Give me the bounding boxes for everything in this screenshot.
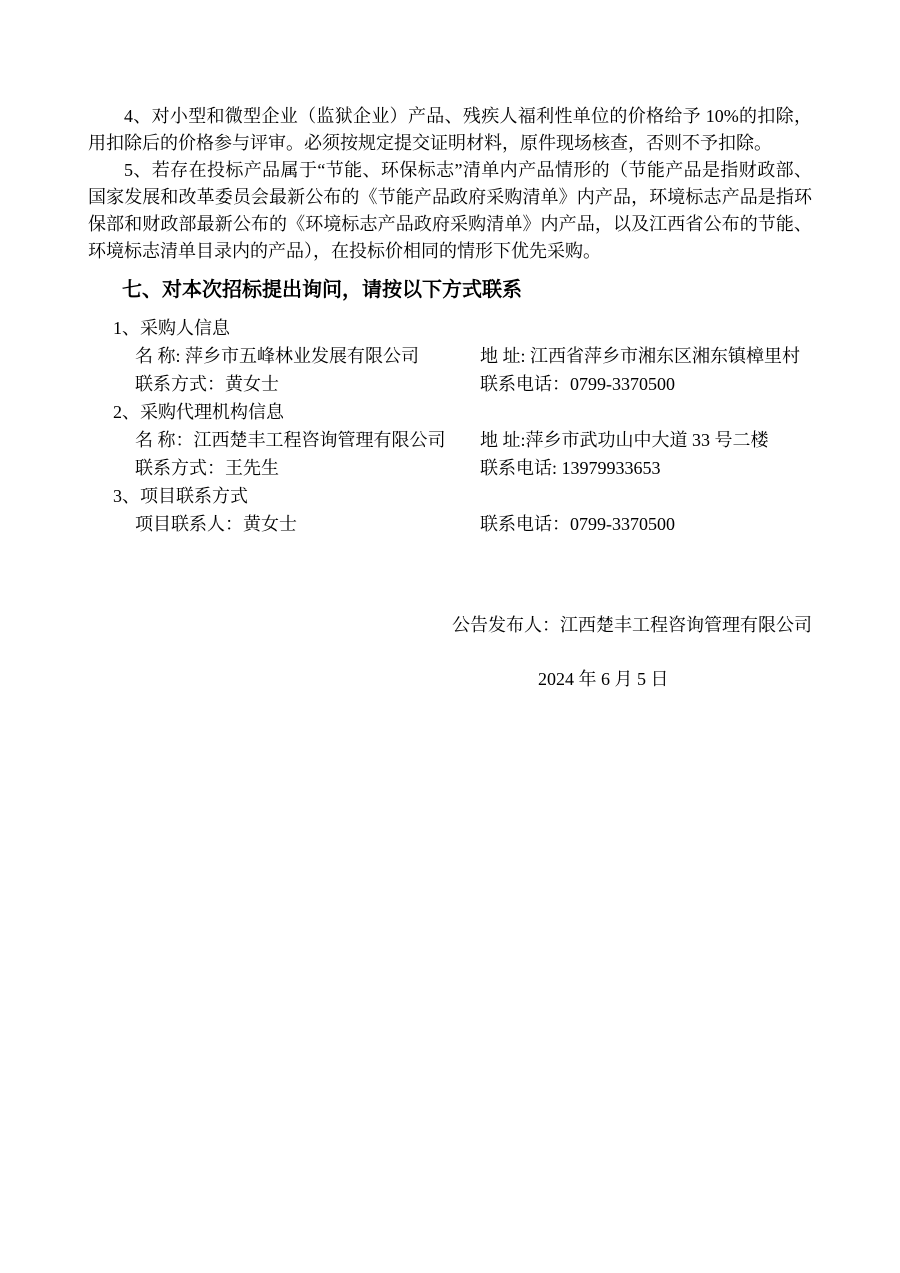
project-contact-person: 项目联系人：黄女士	[135, 510, 480, 538]
purchaser-address: 地 址: 江西省萍乡市湘东区湘东镇樟里村	[480, 342, 812, 370]
project-contact-phone: 联系电话：0799-3370500	[480, 510, 812, 538]
agency-contact-row: 联系方式：王先生 联系电话: 13979933653	[88, 454, 812, 482]
paragraph-price-deduction: 4、对小型和微型企业（监狱企业）产品、残疾人福利性单位的价格给予 10%的扣除，…	[88, 103, 812, 157]
purchaser-name-address-row: 名 称: 萍乡市五峰林业发展有限公司 地 址: 江西省萍乡市湘东区湘东镇樟里村	[88, 342, 812, 370]
purchaser-name: 名 称: 萍乡市五峰林业发展有限公司	[135, 342, 480, 370]
purchaser-contact-phone: 联系电话：0799-3370500	[480, 370, 812, 398]
purchaser-contact-person: 联系方式：黄女士	[135, 370, 480, 398]
agency-info-group: 2、采购代理机构信息 名 称：江西楚丰工程咨询管理有限公司 地 址:萍乡市武功山…	[88, 398, 812, 482]
purchaser-contact-row: 联系方式：黄女士 联系电话：0799-3370500	[88, 370, 812, 398]
project-contact-row: 项目联系人：黄女士 联系电话：0799-3370500	[88, 510, 812, 538]
document-content: 4、对小型和微型企业（监狱企业）产品、残疾人福利性单位的价格给予 10%的扣除，…	[88, 103, 812, 690]
section-heading-inquiry-contact: 七、对本次招标提出询问，请按以下方式联系	[88, 277, 812, 303]
agency-contact-phone: 联系电话: 13979933653	[480, 454, 812, 482]
purchaser-info-title: 1、采购人信息	[88, 314, 812, 342]
document-page: 4、对小型和微型企业（监狱企业）产品、残疾人福利性单位的价格给予 10%的扣除，…	[0, 0, 900, 1273]
announcement-publisher-line: 公告发布人：江西楚丰工程咨询管理有限公司	[88, 614, 812, 636]
project-contact-title: 3、项目联系方式	[88, 482, 812, 510]
agency-name-address-row: 名 称：江西楚丰工程咨询管理有限公司 地 址:萍乡市武功山中大道 33 号二楼	[88, 426, 812, 454]
agency-contact-person: 联系方式：王先生	[135, 454, 480, 482]
announcement-publish-date: 2024 年 6 月 5 日	[88, 668, 812, 690]
project-contact-group: 3、项目联系方式 项目联系人：黄女士 联系电话：0799-3370500	[88, 482, 812, 538]
agency-address: 地 址:萍乡市武功山中大道 33 号二楼	[480, 426, 812, 454]
paragraph-energy-saving-products: 5、若存在投标产品属于“节能、环保标志”清单内产品情形的（节能产品是指财政部、国…	[88, 157, 812, 265]
purchaser-info-group: 1、采购人信息 名 称: 萍乡市五峰林业发展有限公司 地 址: 江西省萍乡市湘东…	[88, 314, 812, 398]
agency-info-title: 2、采购代理机构信息	[88, 398, 812, 426]
agency-name: 名 称：江西楚丰工程咨询管理有限公司	[135, 426, 480, 454]
